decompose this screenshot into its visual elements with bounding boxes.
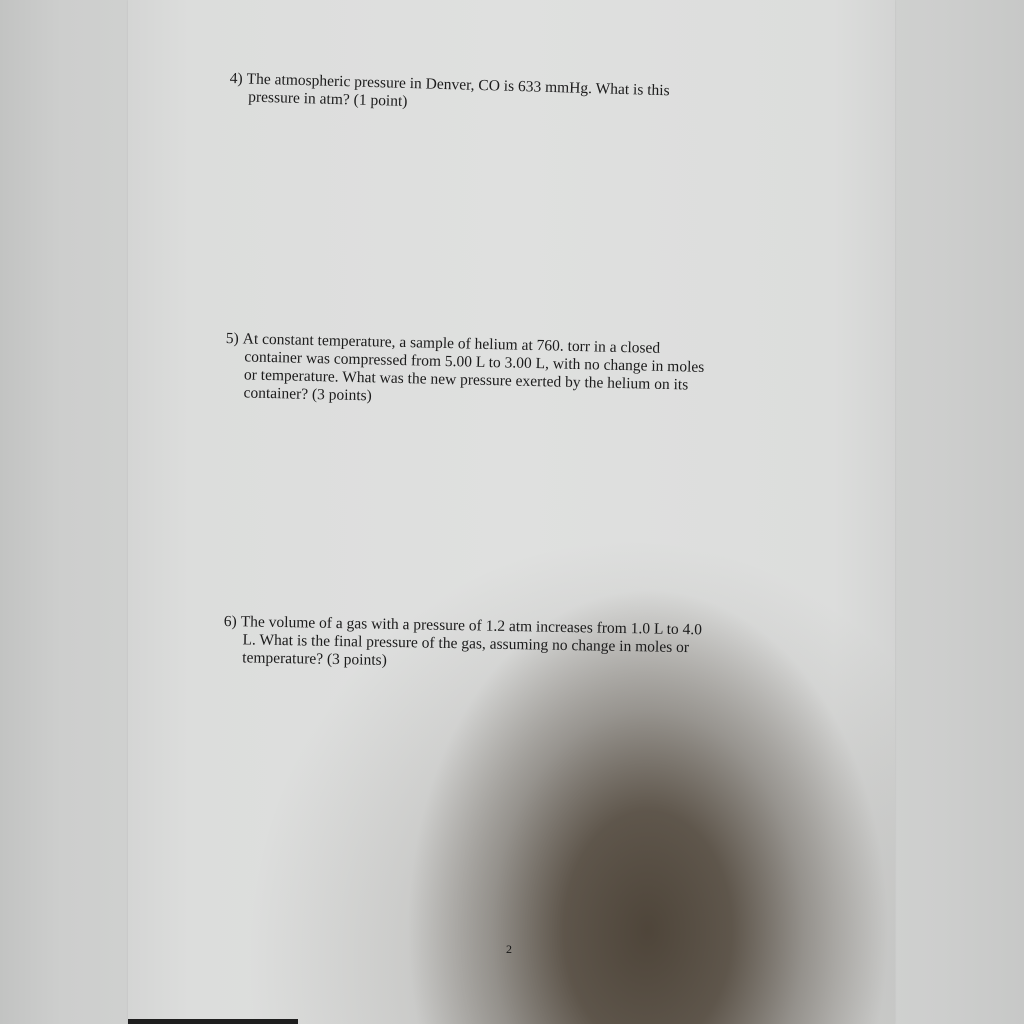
question-6: 6)The volume of a gas with a pressure of… [223,613,702,675]
paper-page [128,0,895,1024]
question-5: 5)At constant temperature, a sample of h… [224,330,705,413]
page-number: 2 [506,942,512,957]
table-edge [128,1019,298,1024]
question-number: 4) [230,70,243,87]
question-number: 5) [226,330,239,347]
question-number: 6) [224,613,237,630]
